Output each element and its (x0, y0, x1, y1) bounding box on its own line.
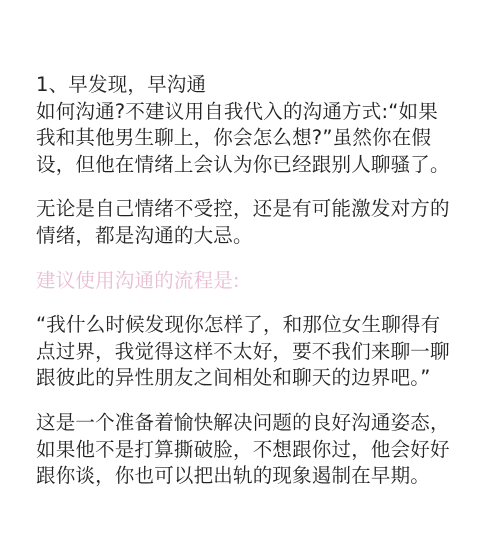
section-block-1: 1、早发现，早沟通 如何沟通?不建议用自我代入的沟通方式:“如果 我和其他男生聊… (36, 72, 466, 178)
paragraph-line: 跟你谈，你也可以把出轨的现象遏制在早期。 (36, 463, 466, 490)
paragraph-line: 如何沟通?不建议用自我代入的沟通方式:“如果 (36, 99, 466, 126)
paragraph-line: 情绪，都是沟通的大忌。 (36, 223, 466, 250)
highlight-subheading: 建议使用沟通的流程是: (36, 268, 466, 295)
quote-paragraph: “我什么时候发现你怎样了，和那位女生聊得有 点过界，我觉得这样不太好，要不我们来… (36, 312, 466, 392)
paragraph-line: 这是一个准备着愉快解决问题的良好沟通姿态， (36, 410, 466, 437)
paragraph-spacer (36, 178, 466, 196)
paragraph-spacer (36, 250, 466, 268)
quote-line: 点过界，我觉得这样不太好，要不我们来聊一聊 (36, 339, 466, 366)
quote-line: “我什么时候发现你怎样了，和那位女生聊得有 (36, 312, 466, 339)
section-heading: 1、早发现，早沟通 (36, 72, 466, 99)
paragraph-line: 我和其他男生聊上，你会怎么想?”虽然你在假 (36, 125, 466, 152)
quote-line: 跟彼此的异性朋友之间相处和聊天的边界吧。” (36, 365, 466, 392)
paragraph-3: 这是一个准备着愉快解决问题的良好沟通姿态， 如果他不是打算撕破脸，不想跟你过，他… (36, 410, 466, 490)
paragraph-line: 无论是自己情绪不受控，还是有可能激发对方的 (36, 196, 466, 223)
article-body: 1、早发现，早沟通 如何沟通?不建议用自我代入的沟通方式:“如果 我和其他男生聊… (36, 72, 466, 490)
paragraph-line: 如果他不是打算撕破脸，不想跟你过，他会好好 (36, 437, 466, 464)
paragraph-2: 无论是自己情绪不受控，还是有可能激发对方的 情绪，都是沟通的大忌。 (36, 196, 466, 249)
paragraph-line: 设，但他在情绪上会认为你已经跟别人聊骚了。 (36, 152, 466, 179)
paragraph-spacer (36, 392, 466, 410)
paragraph-spacer (36, 294, 466, 312)
highlight-text: 建议使用沟通的流程是: (36, 268, 466, 295)
